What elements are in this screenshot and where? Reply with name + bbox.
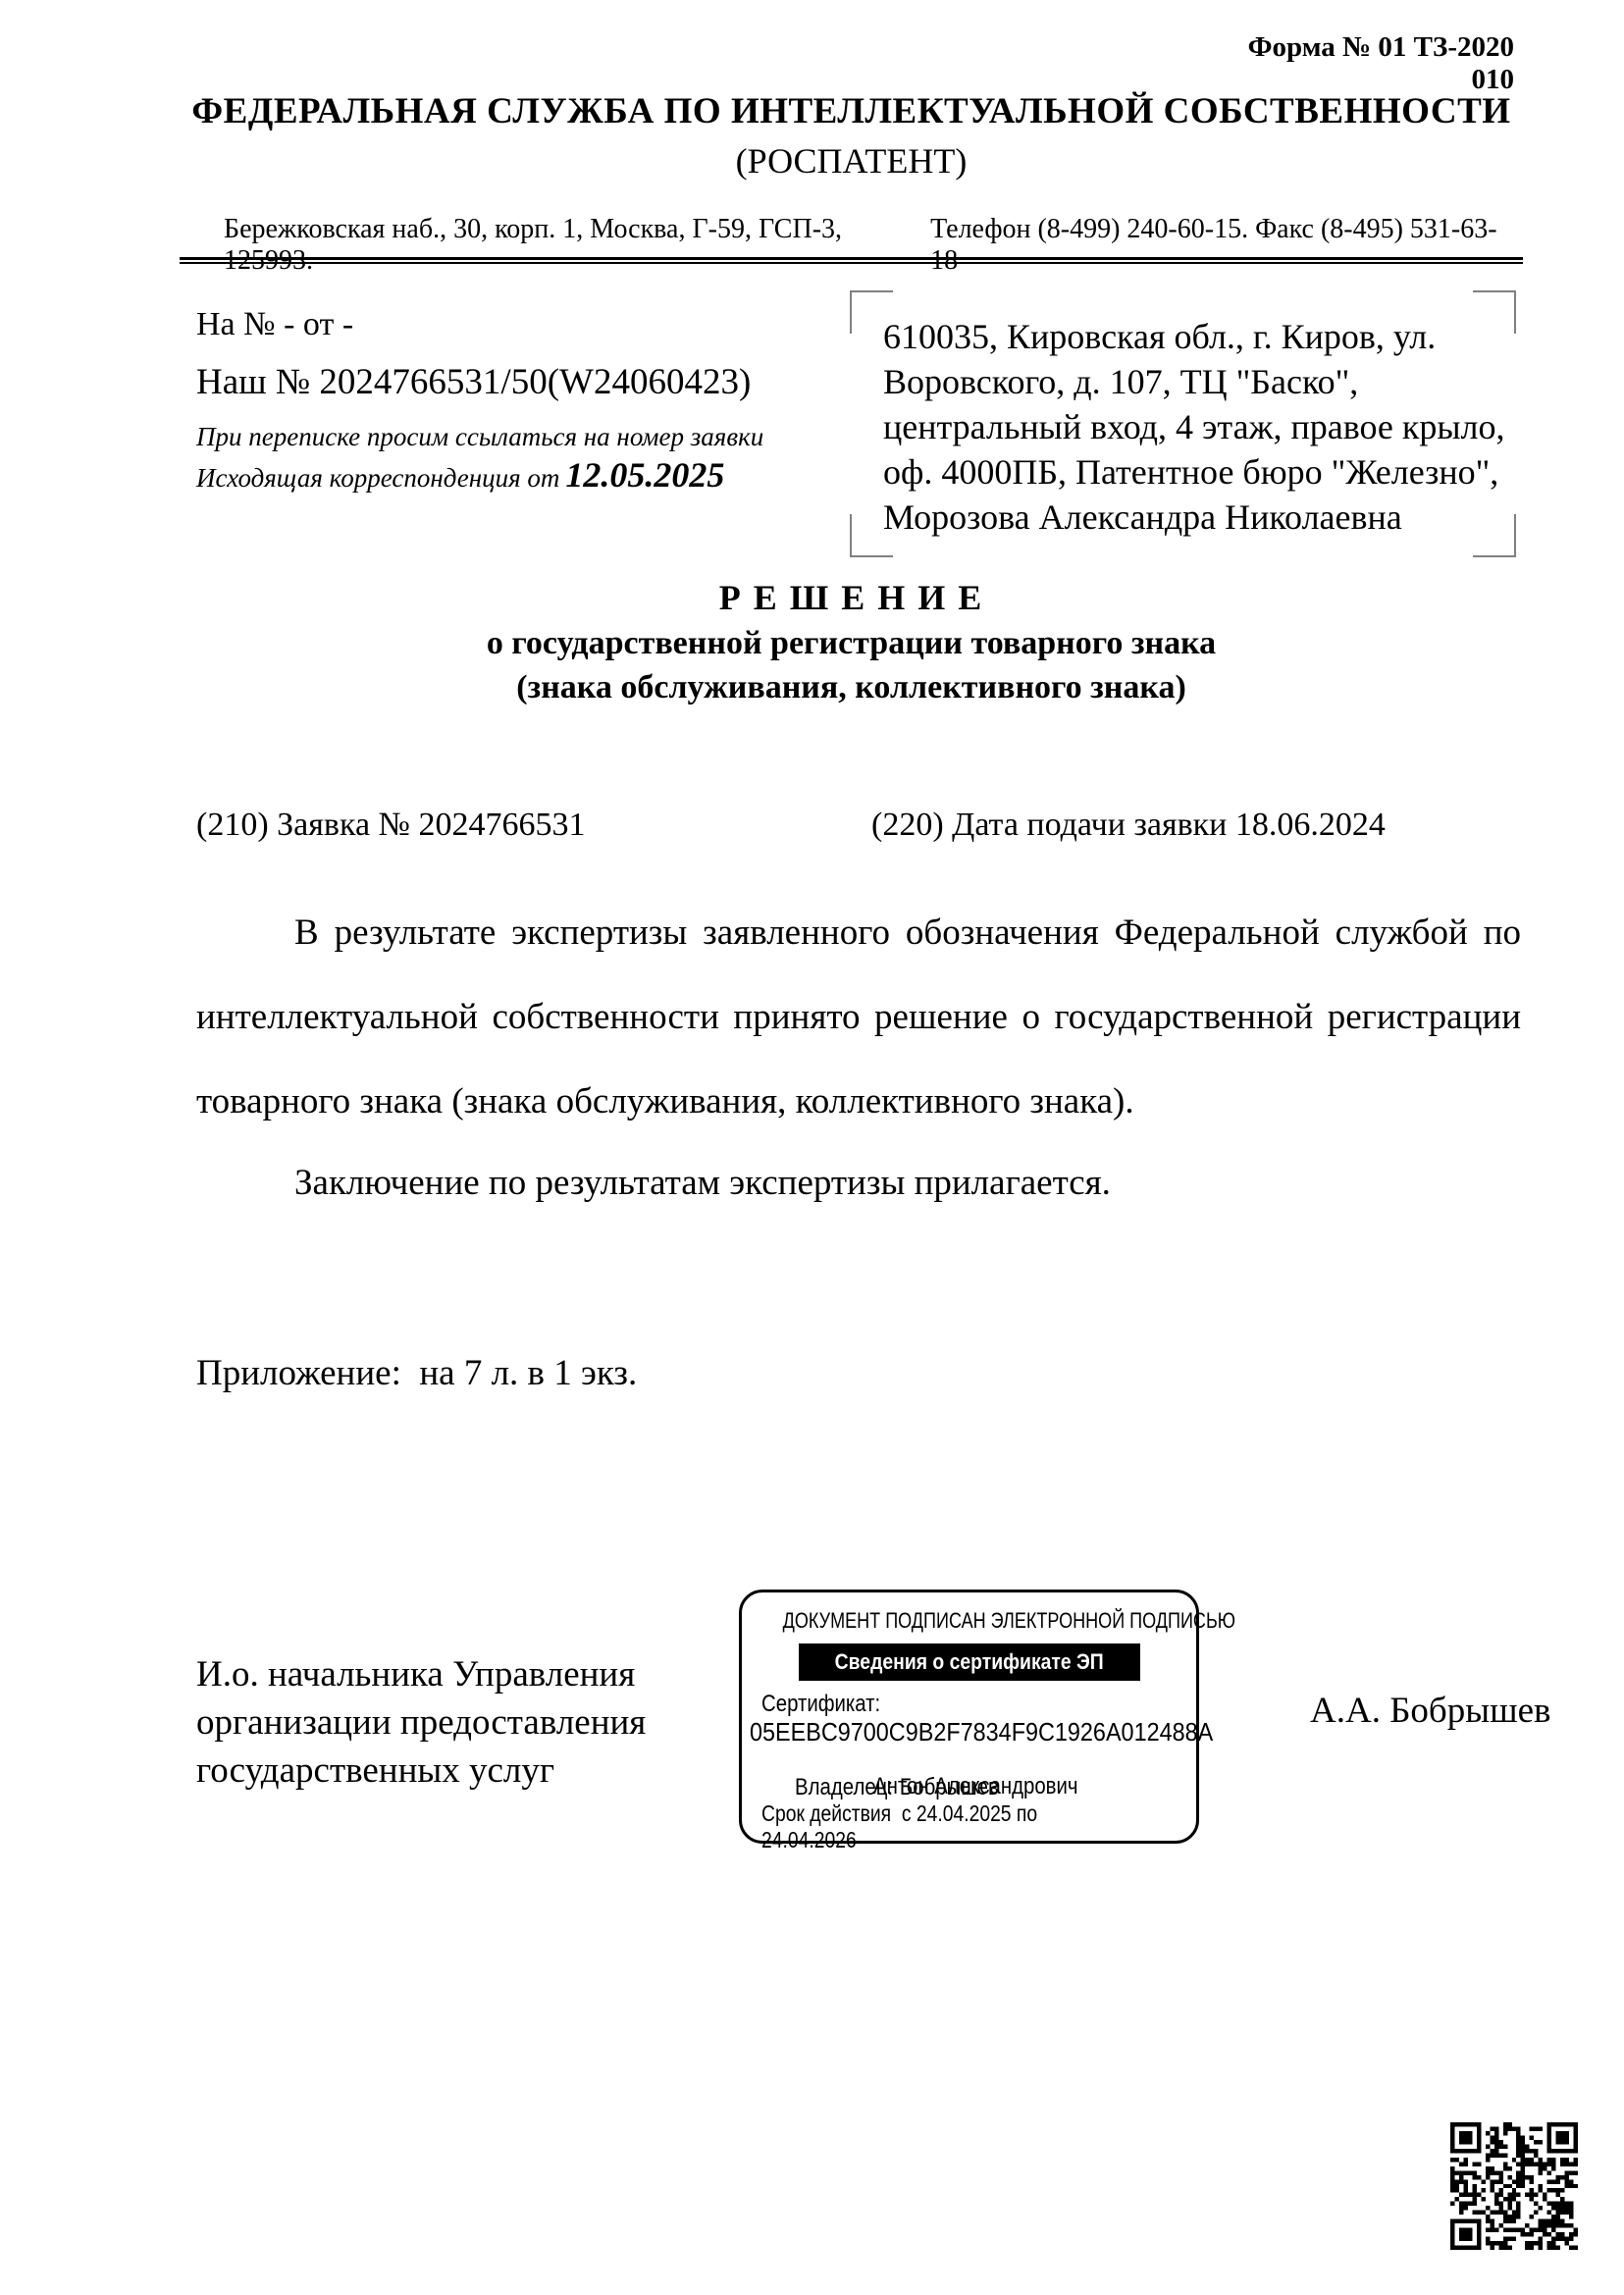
- signatory-position-line: государственных услуг: [196, 1747, 646, 1795]
- signatory-position-line: И.о. начальника Управления: [196, 1650, 646, 1698]
- header-divider: [180, 257, 1523, 264]
- recipient-line: Воровского, д. 107, ТЦ "Баско",: [883, 359, 1506, 404]
- qr-code: [1450, 2122, 1578, 2250]
- certificate-info-bar: Сведения о сертификате ЭП: [799, 1643, 1140, 1681]
- certificate-label: Сертификат:: [761, 1691, 880, 1718]
- outgoing-label: Исходящая корреспонденция от: [196, 463, 559, 493]
- body-paragraph-1: В результате экспертизы заявленного обоз…: [196, 891, 1521, 1144]
- recipient-line: оф. 4000ПБ, Патентное бюро "Железно",: [883, 449, 1506, 495]
- decision-subtitle-1: о государственной регистрации товарного …: [182, 625, 1521, 662]
- agency-contacts: Бережковская наб., 30, корп. 1, Москва, …: [224, 214, 1518, 277]
- agency-phone-fax: Телефон (8-499) 240-60-15. Факс (8-495) …: [930, 214, 1518, 277]
- recipient-line: 610035, Кировская обл., г. Киров, ул.: [883, 314, 1506, 359]
- outgoing-correspondence: Исходящая корреспонденция от12.05.2025: [196, 454, 724, 496]
- decision-heading: Р Е Ш Е Н И Е о государственной регистра…: [182, 577, 1521, 706]
- recipient-line: Морозова Александра Николаевна: [883, 495, 1506, 540]
- signatory-name: А.А. Бобрышев: [1310, 1690, 1551, 1732]
- digital-signature-stamp: ДОКУМЕНТ ПОДПИСАН ЭЛЕКТРОННОЙ ПОДПИСЬЮ С…: [739, 1590, 1199, 1844]
- body-paragraph-2: Заключение по результатам экспертизы при…: [196, 1141, 1521, 1226]
- agency-name: ФЕДЕРАЛЬНАЯ СЛУЖБА ПО ИНТЕЛЛЕКТУАЛЬНОЙ С…: [182, 90, 1521, 132]
- decision-subtitle-2: (знака обслуживания, коллективного знака…: [182, 669, 1521, 706]
- application-number: (210) Заявка № 2024766531: [196, 807, 586, 844]
- attachment-note: Приложение: на 7 л. в 1 экз.: [196, 1352, 637, 1394]
- agency-address: Бережковская наб., 30, корп. 1, Москва, …: [224, 214, 930, 277]
- form-info: Форма № 01 ТЗ-2020 010: [1248, 31, 1514, 96]
- recipient-address: 610035, Кировская обл., г. Киров, ул. Во…: [883, 314, 1506, 540]
- outgoing-number: Наш № 2024766531/50(W24060423): [196, 361, 751, 403]
- recipient-line: центральный вход, 4 этаж, правое крыло,: [883, 404, 1506, 449]
- agency-short-name: (РОСПАТЕНТ): [182, 140, 1521, 182]
- certificate-info-bar-label: Сведения о сертификате ЭП: [835, 1649, 1104, 1675]
- document-page: Форма № 01 ТЗ-2020 010 ФЕДЕРАЛЬНАЯ СЛУЖБ…: [0, 0, 1624, 2295]
- certificate-number: 05EEBC9700C9B2F7834F9C1926A012488A: [750, 1717, 1213, 1747]
- outgoing-date: 12.05.2025: [565, 455, 724, 495]
- application-date: (220) Дата подачи заявки 18.06.2024: [871, 807, 1386, 844]
- form-number: Форма № 01 ТЗ-2020: [1248, 31, 1514, 64]
- recipient-address-block: 610035, Кировская обл., г. Киров, ул. Во…: [850, 290, 1516, 557]
- stamp-title: ДОКУМЕНТ ПОДПИСАН ЭЛЕКТРОННОЙ ПОДПИСЬЮ: [783, 1608, 1156, 1634]
- agency-header: ФЕДЕРАЛЬНАЯ СЛУЖБА ПО ИНТЕЛЛЕКТУАЛЬНОЙ С…: [182, 90, 1521, 182]
- signatory-position: И.о. начальника Управления организации п…: [196, 1650, 646, 1795]
- reference-note: При переписке просим ссылаться на номер …: [196, 422, 763, 452]
- decision-title: Р Е Ш Е Н И Е: [182, 577, 1521, 618]
- certificate-validity: Срок действия с 24.04.2025 по 24.04.2026: [761, 1800, 1126, 1853]
- signatory-position-line: организации предоставления: [196, 1698, 646, 1747]
- owner-given-names: Антон Александрович: [873, 1773, 1078, 1800]
- incoming-ref: На № - от -: [196, 306, 353, 343]
